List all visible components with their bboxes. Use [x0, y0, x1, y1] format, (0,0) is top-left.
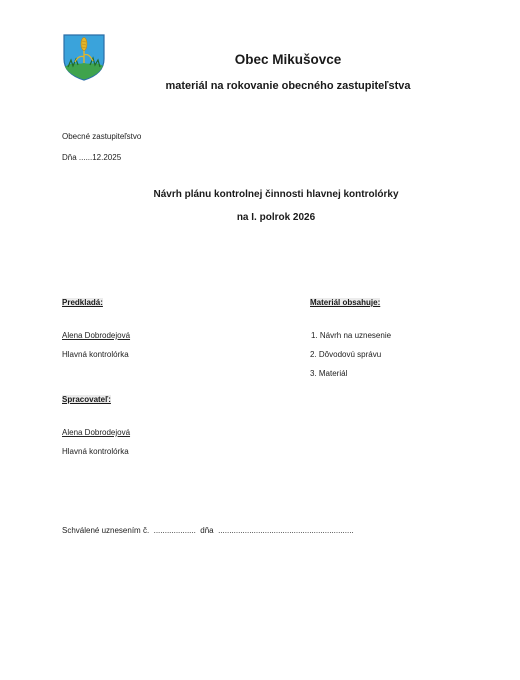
contents-item: 3. Materiál [310, 369, 347, 378]
date-line: Dňa ......12.2025 [62, 153, 121, 162]
submitted-by-role: Hlavná kontrolórka [62, 350, 129, 359]
municipality-title: Obec Mikušovce [0, 52, 520, 67]
approval-line: Schválené uznesením č. .................… [62, 526, 354, 535]
document-heading-line2: na I. polrok 2026 [0, 212, 520, 223]
contents-label: Materiál obsahuje: [310, 298, 380, 307]
contents-section: Materiál obsahuje: [310, 292, 380, 310]
contents-item: 2. Dôvodovú správu [310, 350, 381, 359]
submitted-by-section: Predkladá: [62, 292, 103, 310]
submitted-by-name: Alena Dobrodejová [62, 331, 130, 340]
prepared-by-section: Spracovateľ: [62, 389, 111, 407]
prepared-by-role: Hlavná kontrolórka [62, 447, 129, 456]
council-label: Obecné zastupiteľstvo [62, 132, 141, 141]
prepared-by-label: Spracovateľ: [62, 395, 111, 404]
document-heading-line1: Návrh plánu kontrolnej činnosti hlavnej … [0, 189, 520, 200]
prepared-by-name: Alena Dobrodejová [62, 428, 130, 437]
contents-item: 1. Návrh na uznesenie [311, 331, 391, 340]
submitted-by-label: Predkladá: [62, 298, 103, 307]
material-subtitle: materiál na rokovanie obecného zastupite… [0, 80, 520, 92]
